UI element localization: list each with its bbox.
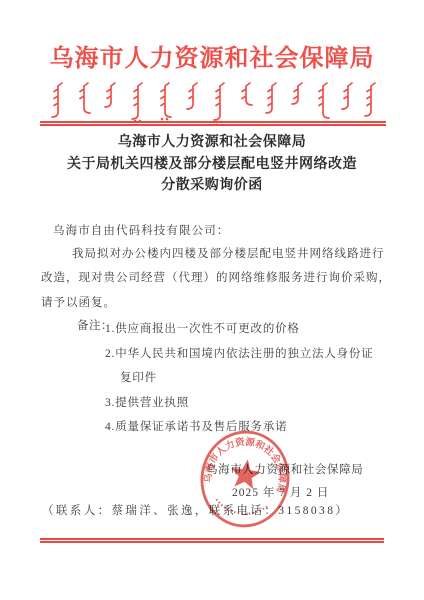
note-line: 2.中华人民共和国境内依法注册的独立法人身份证 <box>105 342 374 367</box>
mongolian-glyph <box>342 83 352 109</box>
letter-body: 我局拟对办公楼内四楼及部分楼层配电竖井网络线路进行 改造，现对贵公司经营（代理）… <box>41 242 401 315</box>
official-seal: 乌海市人力资源和社会保障局 <box>185 419 305 539</box>
document-title-line: 乌海市人力资源和社会保障局 <box>0 132 424 154</box>
mongolian-glyph <box>105 83 115 107</box>
mongolian-glyph-dot <box>166 118 169 121</box>
mongolian-glyph <box>161 83 171 117</box>
mongolian-glyph <box>242 83 252 105</box>
mongolian-glyph <box>266 83 276 113</box>
mongolian-glyph <box>132 83 142 119</box>
red-header-agency-title: 乌海市人力资源和社会保障局 <box>0 38 424 73</box>
document-page: 乌海市人力资源和社会保障局 乌海市人力资源和社会保障局 关于局机关四楼及部分楼层… <box>0 0 424 600</box>
document-title-line: 分散采购询价函 <box>0 175 424 197</box>
mongolian-glyph-dot <box>161 118 164 121</box>
header-divider-line <box>40 121 386 123</box>
note-line: 3.提供营业执照 <box>105 391 374 416</box>
mongolian-glyph <box>214 83 224 120</box>
document-title-line: 关于局机关四楼及部分楼层配电竖井网络改造 <box>0 154 424 176</box>
mongolian-glyph <box>80 83 90 113</box>
mongolian-glyph <box>52 83 62 117</box>
body-line: 我局拟对办公楼内四楼及部分楼层配电竖井网络线路进行 <box>41 242 401 266</box>
salutation: 乌海市自由代码科技有限公司： <box>53 222 229 238</box>
body-line: 请予以函复。 <box>41 291 401 315</box>
seal-code-marks <box>215 499 267 517</box>
mongolian-glyph <box>292 83 302 104</box>
note-line: 复印件 <box>105 366 374 391</box>
document-title: 乌海市人力资源和社会保障局 关于局机关四楼及部分楼层配电竖井网络改造 分散采购询… <box>0 132 424 197</box>
body-line: 改造，现对贵公司经营（代理）的网络维修服务进行询价采购， <box>41 266 401 290</box>
seal-star-icon <box>229 457 263 490</box>
mongolian-script-row <box>0 80 424 124</box>
note-line: 1.供应商报出一次性不可更改的价格 <box>105 317 374 342</box>
mongolian-glyph <box>187 83 197 109</box>
mongolian-glyph <box>319 83 329 118</box>
mongolian-glyph <box>365 83 375 116</box>
